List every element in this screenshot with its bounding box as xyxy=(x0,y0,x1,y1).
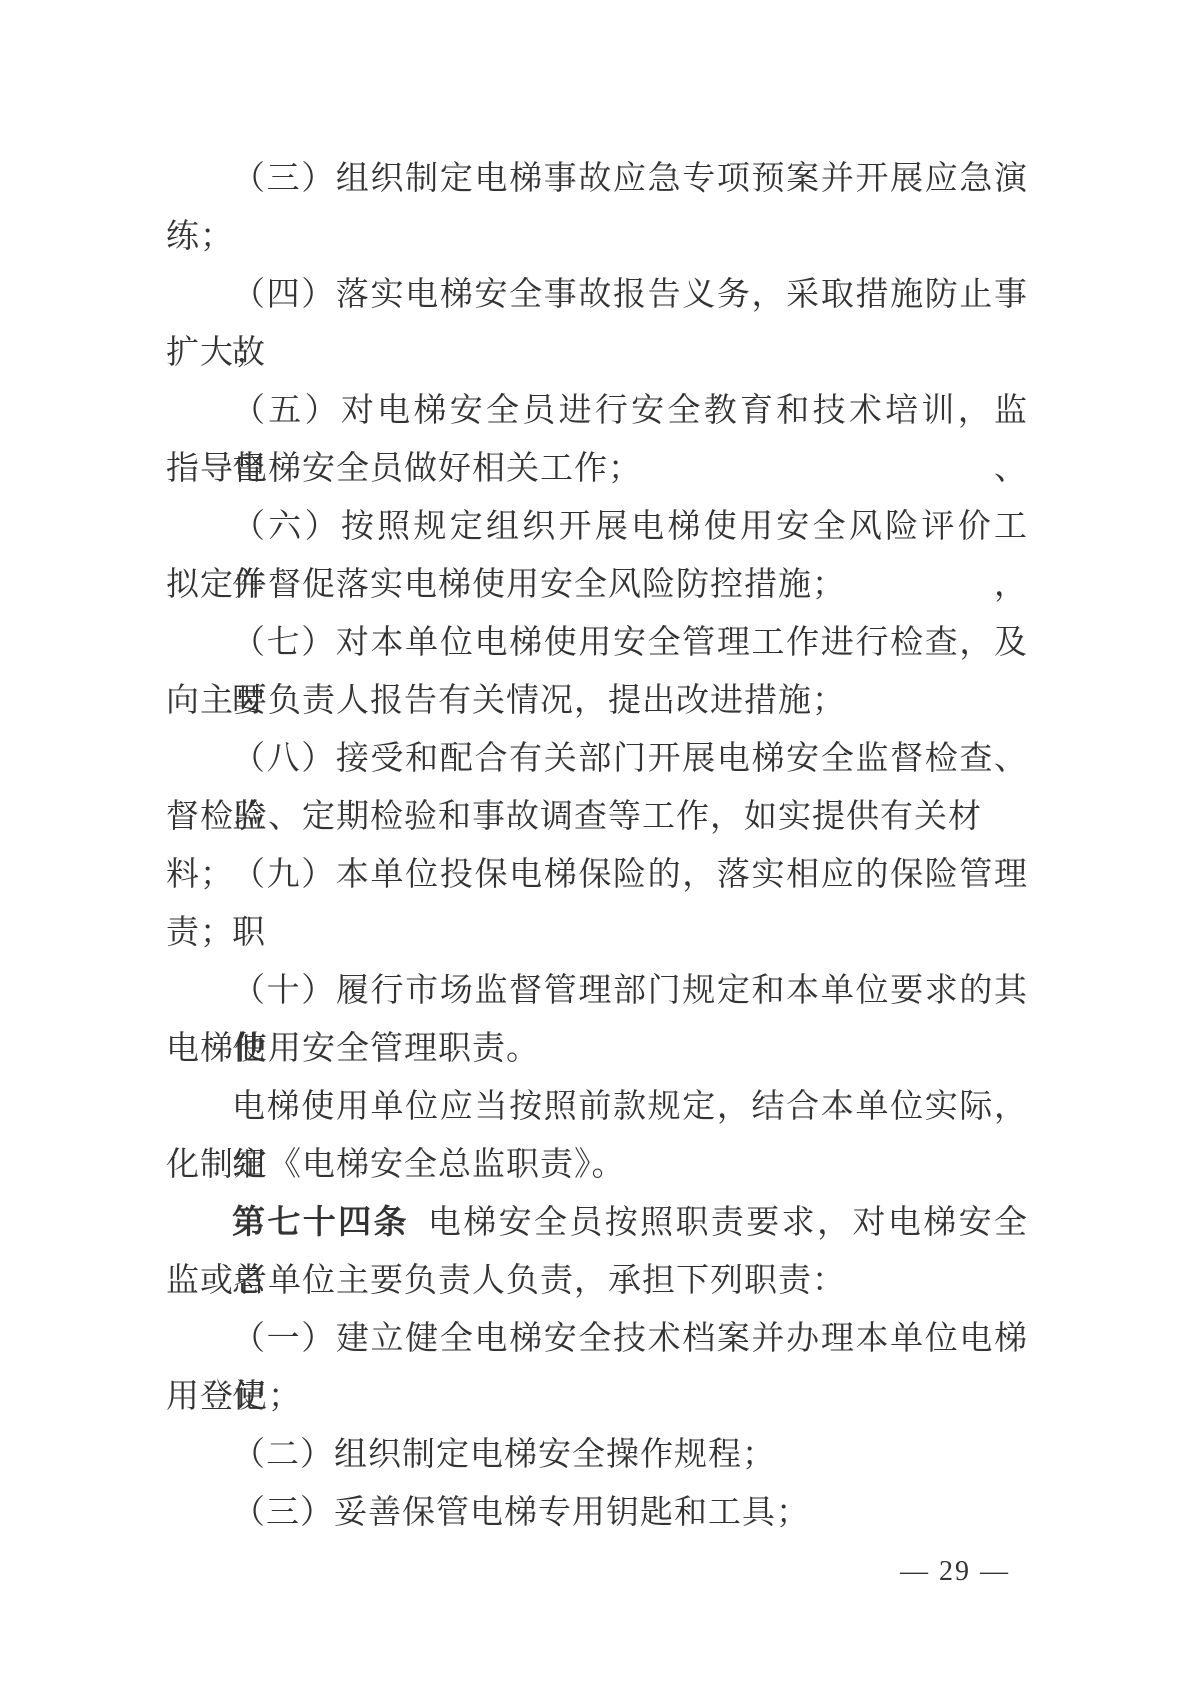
text-run: 用登记； xyxy=(166,1379,302,1415)
text-line: 化制定《电梯安全总监职责》。 xyxy=(166,1136,1028,1194)
text-run: 监或者单位主要负责人负责，承担下列职责： xyxy=(166,1263,846,1299)
text-line: 督检验、定期检验和事故调查等工作，如实提供有关材料； xyxy=(166,788,1028,846)
text-run: 拟定并督促落实电梯使用安全风险防控措施； xyxy=(166,567,846,603)
text-line: （三）妥善保管电梯专用钥匙和工具； xyxy=(166,1484,1028,1542)
text-line: （四）落实电梯安全事故报告义务，采取措施防止事故 xyxy=(166,266,1028,324)
text-line: （一）建立健全电梯安全技术档案并办理本单位电梯使 xyxy=(166,1310,1028,1368)
text-line: （十）履行市场监督管理部门规定和本单位要求的其他 xyxy=(166,962,1028,1020)
text-line: 监或者单位主要负责人负责，承担下列职责： xyxy=(166,1252,1028,1310)
text-line: 向主要负责人报告有关情况，提出改进措施； xyxy=(166,672,1028,730)
text-run: 扩大； xyxy=(166,335,268,371)
text-run: 指导电梯安全员做好相关工作； xyxy=(166,451,642,487)
text-line: （三）组织制定电梯事故应急专项预案并开展应急演 xyxy=(166,150,1028,208)
text-line: （九）本单位投保电梯保险的，落实相应的保险管理职 xyxy=(166,846,1028,904)
text-run: （二）组织制定电梯安全操作规程； xyxy=(232,1437,776,1473)
page-number: — 29 — xyxy=(900,1556,1010,1587)
text-run: 练； xyxy=(166,219,234,255)
text-run: 化制定《电梯安全总监职责》。 xyxy=(166,1147,626,1183)
text-line: 电梯使用安全管理职责。 xyxy=(166,1020,1028,1078)
text-line: 第七十四条 电梯安全员按照职责要求，对电梯安全总 xyxy=(166,1194,1028,1252)
text-run: 电梯使用安全管理职责。 xyxy=(166,1031,540,1067)
text-line: 练； xyxy=(166,208,1028,266)
text-line: （五）对电梯安全员进行安全教育和技术培训，监督、 xyxy=(166,382,1028,440)
text-line: （六）按照规定组织开展电梯使用安全风险评价工作， xyxy=(166,498,1028,556)
text-line: 用登记； xyxy=(166,1368,1028,1426)
text-run: （三）妥善保管电梯专用钥匙和工具； xyxy=(232,1495,810,1531)
article-number: 第七十四条 xyxy=(232,1205,409,1241)
text-line: 电梯使用单位应当按照前款规定，结合本单位实际，细 xyxy=(166,1078,1028,1136)
text-line: （八）接受和配合有关部门开展电梯安全监督检查、监 xyxy=(166,730,1028,788)
text-run: 向主要负责人报告有关情况，提出改进措施； xyxy=(166,683,846,719)
text-line: 责； xyxy=(166,904,1028,962)
text-run: （三）组织制定电梯事故应急专项预案并开展应急演 xyxy=(232,161,1028,197)
text-line: （七）对本单位电梯使用安全管理工作进行检查，及时 xyxy=(166,614,1028,672)
page-footer: — 29 — xyxy=(900,1556,1010,1588)
document-body: （三）组织制定电梯事故应急专项预案并开展应急演练；（四）落实电梯安全事故报告义务… xyxy=(166,150,1028,1542)
text-line: 扩大； xyxy=(166,324,1028,382)
text-run: 责； xyxy=(166,915,234,951)
text-line: （二）组织制定电梯安全操作规程； xyxy=(166,1426,1028,1484)
document-page: （三）组织制定电梯事故应急专项预案并开展应急演练；（四）落实电梯安全事故报告义务… xyxy=(0,0,1190,1683)
